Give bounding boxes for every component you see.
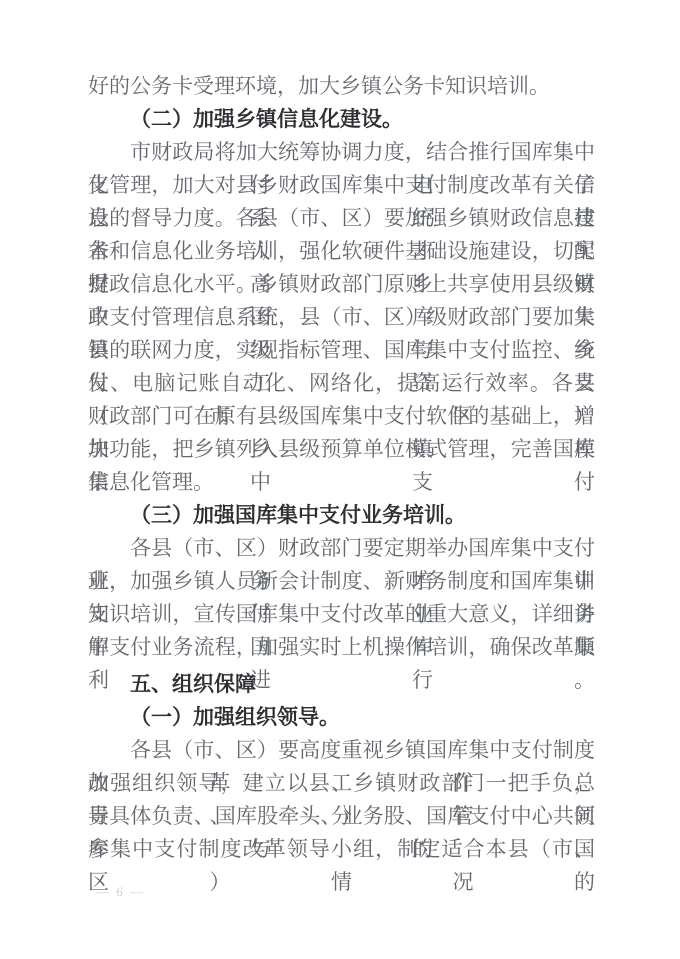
text-line: 备和信息化业务培训，强化软硬件基础设施建设，切实提高乡镇 [88, 235, 595, 268]
text-line: 知识培训，宣传国库集中支付改革的重大意义，详细讲解国库集 [88, 598, 595, 631]
text-line: 付、电脑记账自动化、网络化，提高运行效率。各县（市、区） [88, 367, 595, 400]
text-line: 好的公务卡受理环境，加大乡镇公务卡知识培训。 [88, 70, 595, 103]
text-line: 镇的联网力度，实现指标管理、国库集中支付监控、统发工资支 [88, 334, 595, 367]
text-line: 化管理，加大对县乡财政国库集中支付制度改革有关信息系统建 [88, 169, 595, 202]
text-line: 导具体负责、国库股牵头、业务股、国库支付中心共同参与的国 [88, 800, 595, 833]
page-number: — 6 — [96, 884, 145, 900]
text-line: 设的督导力度。各县（市、区）要加强乡镇财政信息技术人才配 [88, 202, 595, 235]
document-text-block: 好的公务卡受理环境，加大乡镇公务卡知识培训。 （二）加强乡镇信息化建设。 市财政… [88, 70, 595, 866]
text-line: 班，加强乡镇人员新会计制度、新财务制度和国库集中支付业务 [88, 565, 595, 598]
subsection-heading: （三）加强国库集中支付业务培训。 [88, 499, 595, 532]
text-line: 各县（市、区）要高度重视乡镇国库集中支付制度改革工作， [88, 734, 595, 767]
text-line: 库集中支付制度改革领导小组，制定适合本县（市、区）情况的 [88, 833, 595, 866]
text-line: 各县（市、区）财政部门要定期举办国库集中支付业务培训 [88, 532, 595, 565]
text-line: 块功能，把乡镇列入县级预算单位模式管理，完善国库集中支付 [88, 433, 595, 466]
text-line: 中支付业务流程，加强实时上机操作培训，确保改革顺利进行。 [88, 631, 595, 664]
subsection-heading: （二）加强乡镇信息化建设。 [88, 103, 595, 136]
text-line: 市财政局将加大统筹协调力度，结合推行国库集中支付电子 [88, 136, 595, 169]
text-line: 中支付管理信息系统，县（市、区）级财政部门要加大县级与乡 [88, 301, 595, 334]
text-line: 加强组织领导，建立以县、乡镇财政部门一把手负总责、分管领 [88, 767, 595, 800]
text-line: 财政信息化水平。乡镇财政部门原则上共享使用县级财政国库集 [88, 268, 595, 301]
text-line: 财政部门可在原有县级国库集中支付软件的基础上，增加乡镇模 [88, 400, 595, 433]
document-page: 好的公务卡受理环境，加大乡镇公务卡知识培训。 （二）加强乡镇信息化建设。 市财政… [0, 0, 680, 959]
subsection-heading: （一）加强组织领导。 [88, 701, 595, 734]
